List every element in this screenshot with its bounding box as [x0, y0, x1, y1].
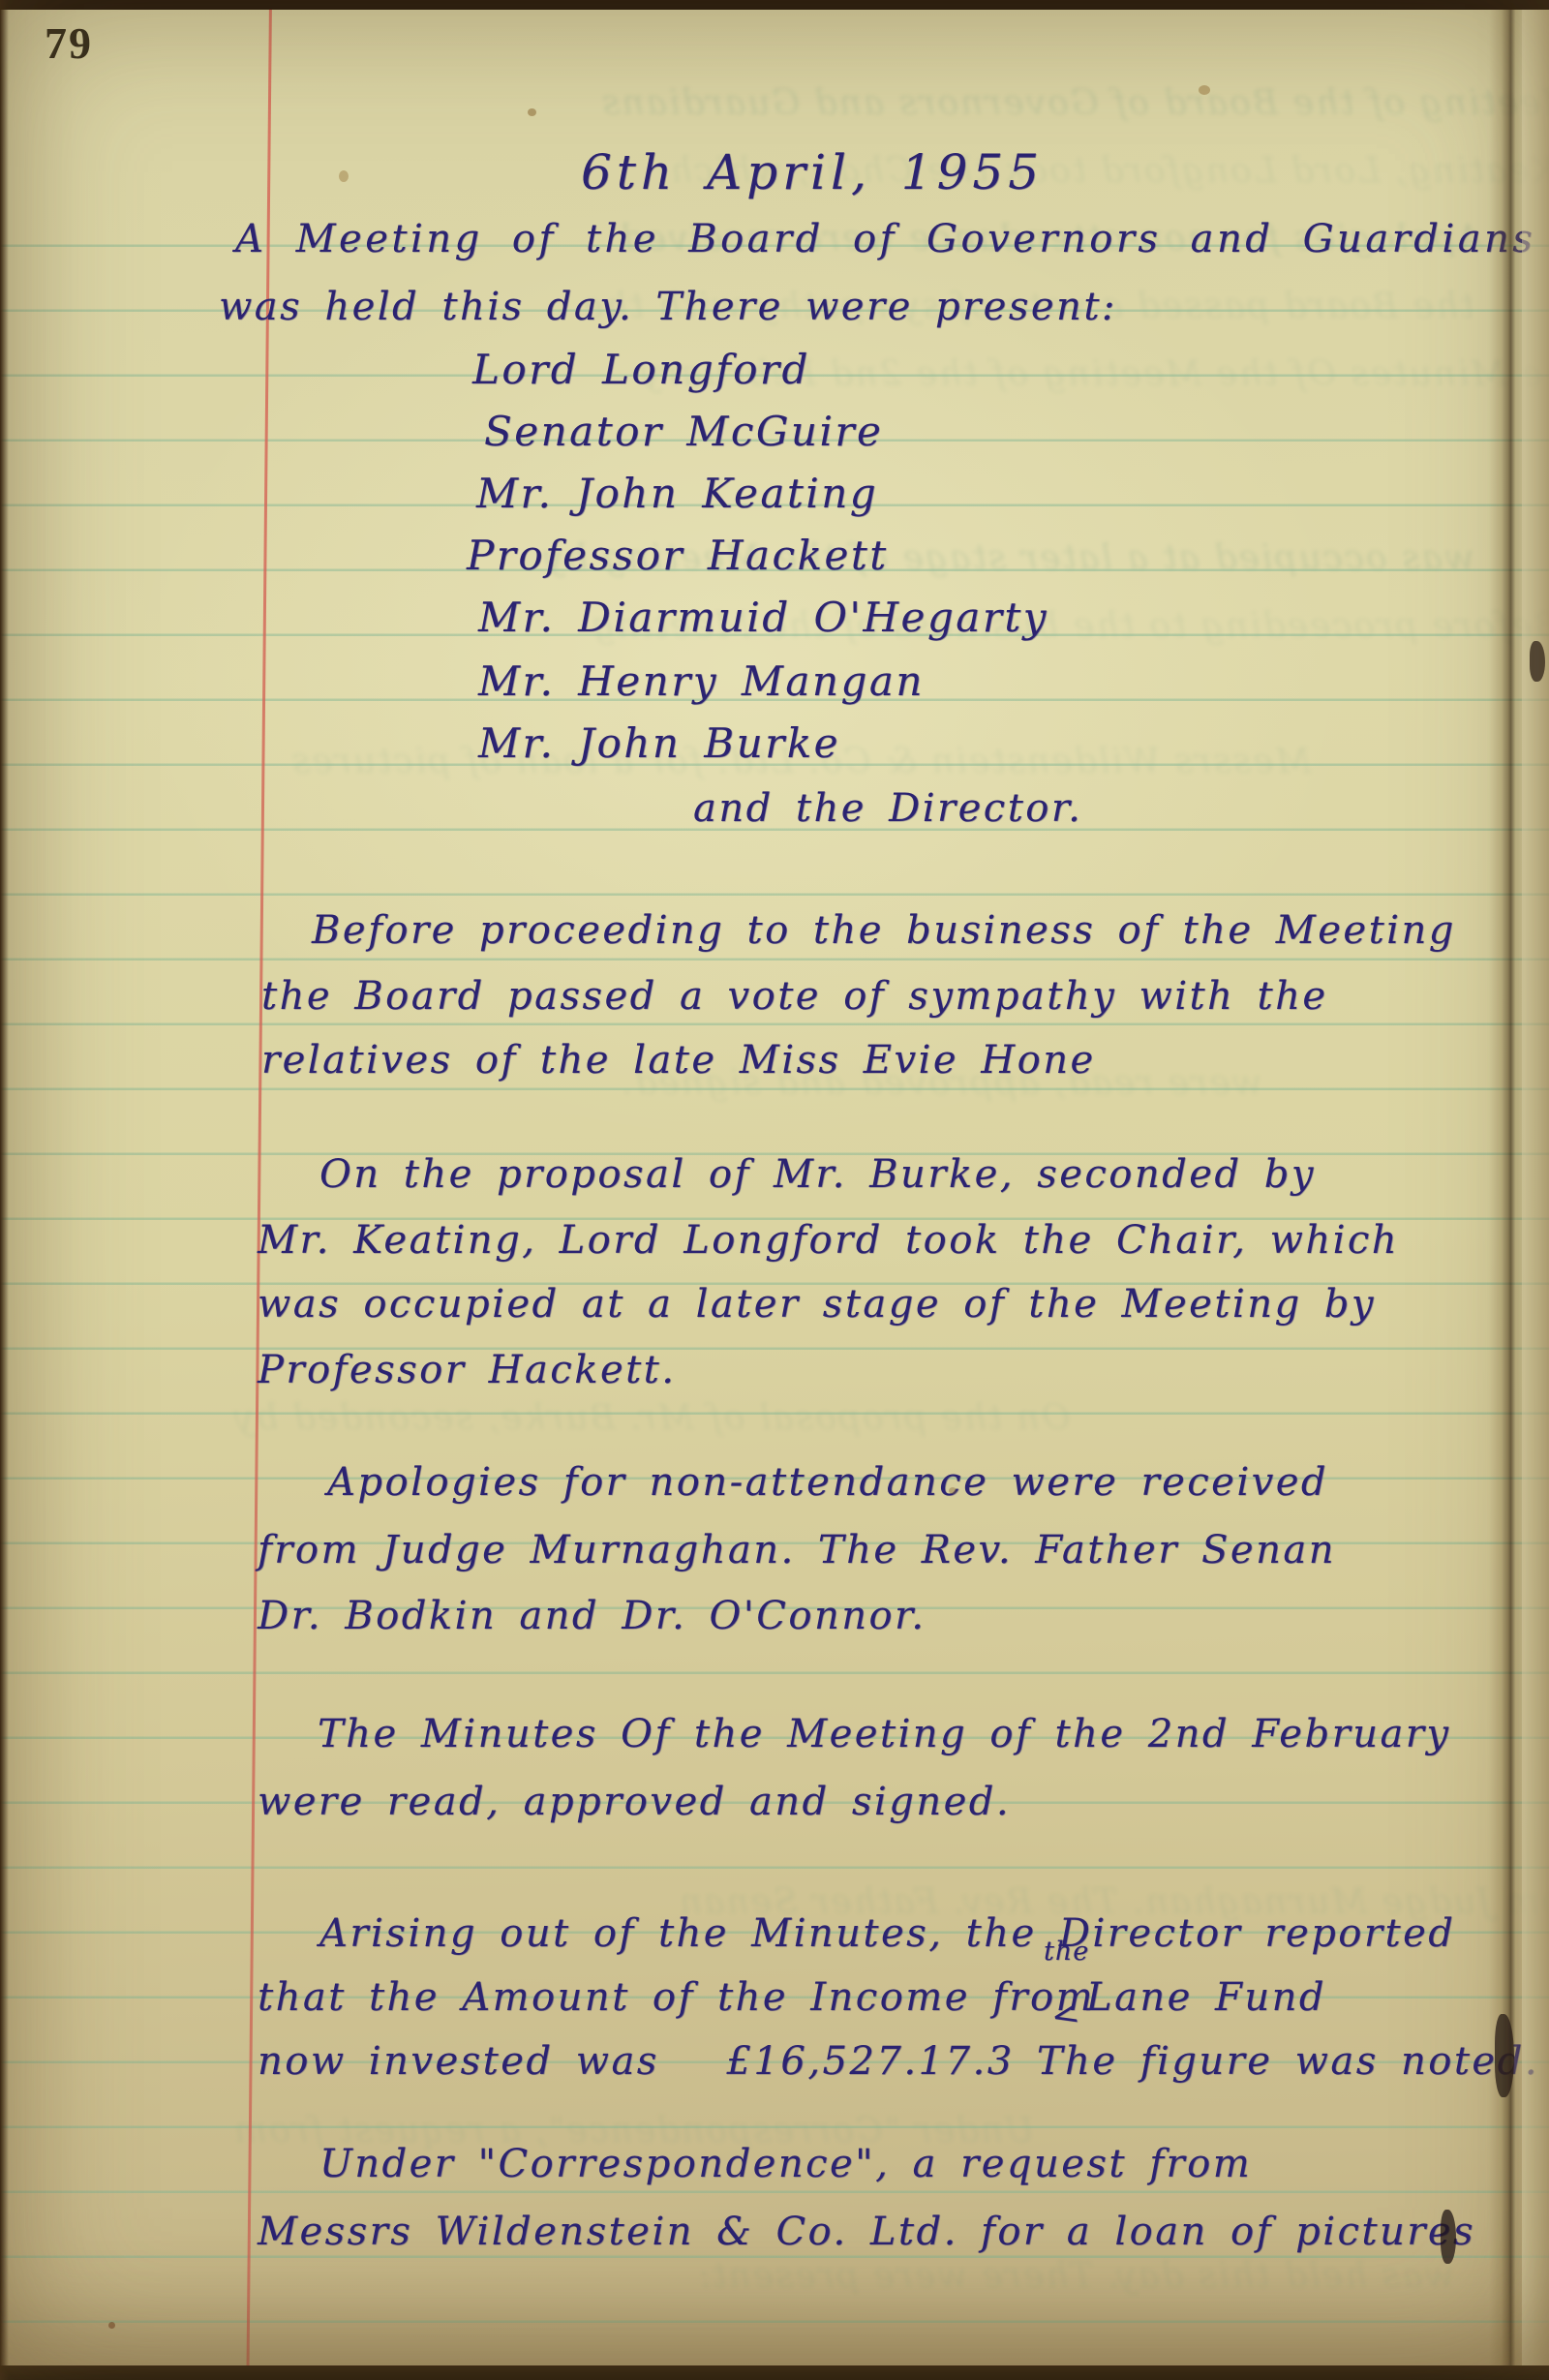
attendees-closing: and the Director. — [693, 786, 1082, 831]
ink-smudge — [1530, 641, 1545, 682]
paper-speck — [339, 170, 349, 182]
minutes-text-line: Lane Fund — [1086, 1975, 1326, 2020]
minutes-text-line: Professor Hackett. — [258, 1348, 676, 1392]
minutes-text-line: Under "Correspondence", a request from — [319, 2142, 1252, 2186]
attendee-name: Professor Hackett — [467, 533, 889, 579]
scan-edge-left — [0, 0, 9, 2380]
opening-line: A Meeting of the Board of Governors and … — [235, 217, 1535, 261]
date-heading: 6th April, 1955 — [581, 145, 1044, 201]
ink-smudge — [1441, 2210, 1456, 2264]
minutes-text-line: the Board passed a vote of sympathy with… — [261, 974, 1328, 1019]
minute-book-page: A Meeting of the Board of Governors and … — [0, 0, 1549, 2380]
attendee-name: Mr. John Keating — [476, 471, 878, 517]
attendee-name: Mr. Henry Mangan — [478, 658, 925, 705]
ink-smudge — [1495, 2014, 1514, 2097]
minutes-text-line: was occupied at a later stage of the Mee… — [258, 1282, 1376, 1327]
opening-line: was held this day. There were present: — [219, 285, 1117, 329]
inserted-word: the — [1044, 1937, 1089, 1967]
minutes-text-line: Arising out of the Minutes, the Director… — [319, 1911, 1455, 1956]
minutes-text-line: On the proposal of Mr. Burke, seconded b… — [319, 1152, 1316, 1197]
page-number: 79 — [45, 17, 93, 69]
paper-speck — [949, 1487, 957, 1494]
minutes-text-line: now invested was £16,527.17.3 The figure… — [258, 2039, 1539, 2084]
minutes-text-line: from Judge Murnaghan. The Rev. Father Se… — [258, 1528, 1336, 1572]
scan-edge-bottom — [0, 2365, 1549, 2380]
paper-speck — [528, 108, 536, 116]
minutes-text-line: Apologies for non-attendance were receiv… — [327, 1460, 1328, 1505]
bleed-through-text: A Meeting of the Board of Governors and … — [600, 83, 1549, 123]
attendee-name: Mr. John Burke — [478, 720, 840, 767]
minutes-text-line: that the Amount of the Income from — [258, 1975, 1095, 2020]
minutes-text-line: relatives of the late Miss Evie Hone — [261, 1038, 1096, 1083]
attendee-name: Mr. Diarmuid O'Hegarty — [478, 595, 1048, 641]
next-page-edge — [1522, 0, 1549, 2380]
attendee-name: Senator McGuire — [484, 409, 883, 455]
minutes-text-line: The Minutes Of the Meeting of the 2nd Fe… — [318, 1712, 1451, 1756]
attendee-name: Lord Longford — [472, 347, 810, 393]
minutes-text-line: Mr. Keating, Lord Longford took the Chai… — [258, 1218, 1399, 1263]
paper-speck — [1199, 85, 1210, 95]
minutes-text-line: were read, approved and signed. — [258, 1780, 1011, 1824]
minutes-text-line: Before proceeding to the business of the… — [312, 908, 1456, 953]
scan-edge-top — [0, 0, 1549, 10]
paper-speck — [108, 2322, 115, 2329]
minutes-text-line: Dr. Bodkin and Dr. O'Connor. — [258, 1594, 926, 1638]
minutes-text-line: Messrs Wildenstein & Co. Ltd. for a loan… — [258, 2210, 1475, 2254]
